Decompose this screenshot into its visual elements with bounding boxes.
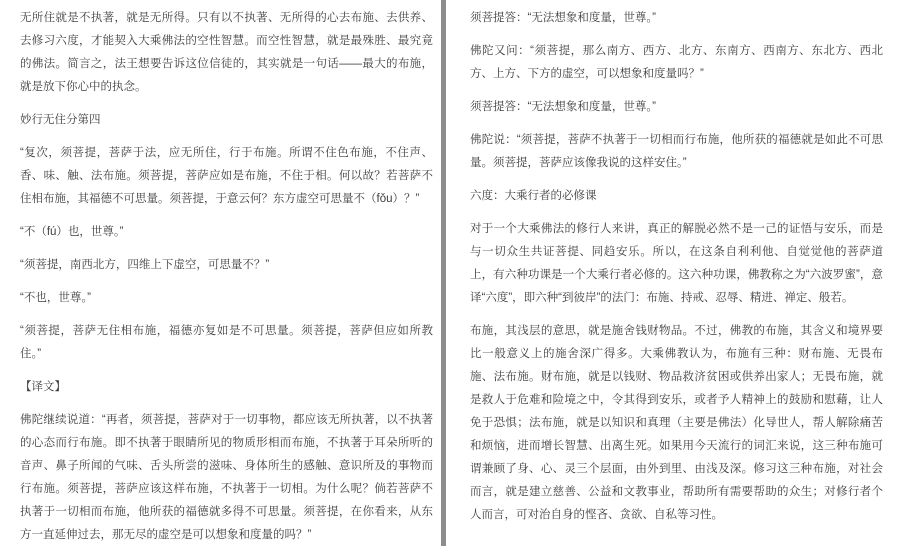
- sutra-quote-question-2: “须菩提，南西北方，四维上下虚空，可思量不？”: [20, 254, 433, 277]
- sutra-quote-reply-1: “不（fú）也，世尊。”: [20, 221, 433, 244]
- translation-paragraph: 佛陀继续说道：“再者，须菩提，菩萨对于一切事物，都应该无所执著，以不执著的心态而…: [20, 409, 433, 546]
- right-page-column: 须菩提答：“无法想象和度量，世尊。” 佛陀又问：“须菩提，那么南方、西方、北方、…: [470, 0, 883, 546]
- dialog-subhuti-reply-1: 须菩提答：“无法想象和度量，世尊。”: [470, 7, 883, 30]
- intro-paragraph: 无所住就是不执著，就是无所得。只有以不执著、无所得的心去布施、去供养、去修习六度…: [20, 7, 433, 99]
- left-page-column: 无所住就是不执著，就是无所得。只有以不执著、无所得的心去布施、去供养、去修习六度…: [20, 0, 433, 546]
- ebook-page: 无所住就是不执著，就是无所得。只有以不执著、无所得的心去布施、去供养、去修习六度…: [0, 0, 900, 546]
- dialog-buddha-question: 佛陀又问：“须菩提，那么南方、西方、北方、东南方、西南方、东北方、西北方、上方、…: [470, 40, 883, 86]
- sutra-quote-buddha: “复次，须菩提，菩萨于法，应无所住，行于布施。所谓不住色布施，不住声、香、味、触…: [20, 142, 433, 211]
- translation-label: 【译文】: [20, 376, 433, 399]
- six-paramitas-paragraph: 对于一个大乘佛法的修行人来讲，真正的解脱必然不是一己的证悟与安乐，而是与一切众生…: [470, 218, 883, 310]
- dana-giving-paragraph: 布施，其浅层的意思，就是施舍钱财物品。不过，佛教的布施，其含义和境界要比一般意义…: [470, 320, 883, 527]
- section-title-six-paramitas: 六度：大乘行者的必修课: [470, 185, 883, 208]
- sutra-quote-conclusion: “须菩提，菩萨无住相布施，福德亦复如是不可思量。须菩提，菩萨但应如所教住。”: [20, 320, 433, 366]
- sutra-quote-reply-2: “不也，世尊。”: [20, 287, 433, 310]
- page-column-divider: [441, 0, 446, 546]
- dialog-buddha-statement: 佛陀说：“须菩提，菩萨不执著于一切相而行布施，他所获的福德就是如此不可思量。须菩…: [470, 129, 883, 175]
- dialog-subhuti-reply-2: 须菩提答：“无法想象和度量，世尊。”: [470, 96, 883, 119]
- section-title-chapter-four: 妙行无住分第四: [20, 109, 433, 132]
